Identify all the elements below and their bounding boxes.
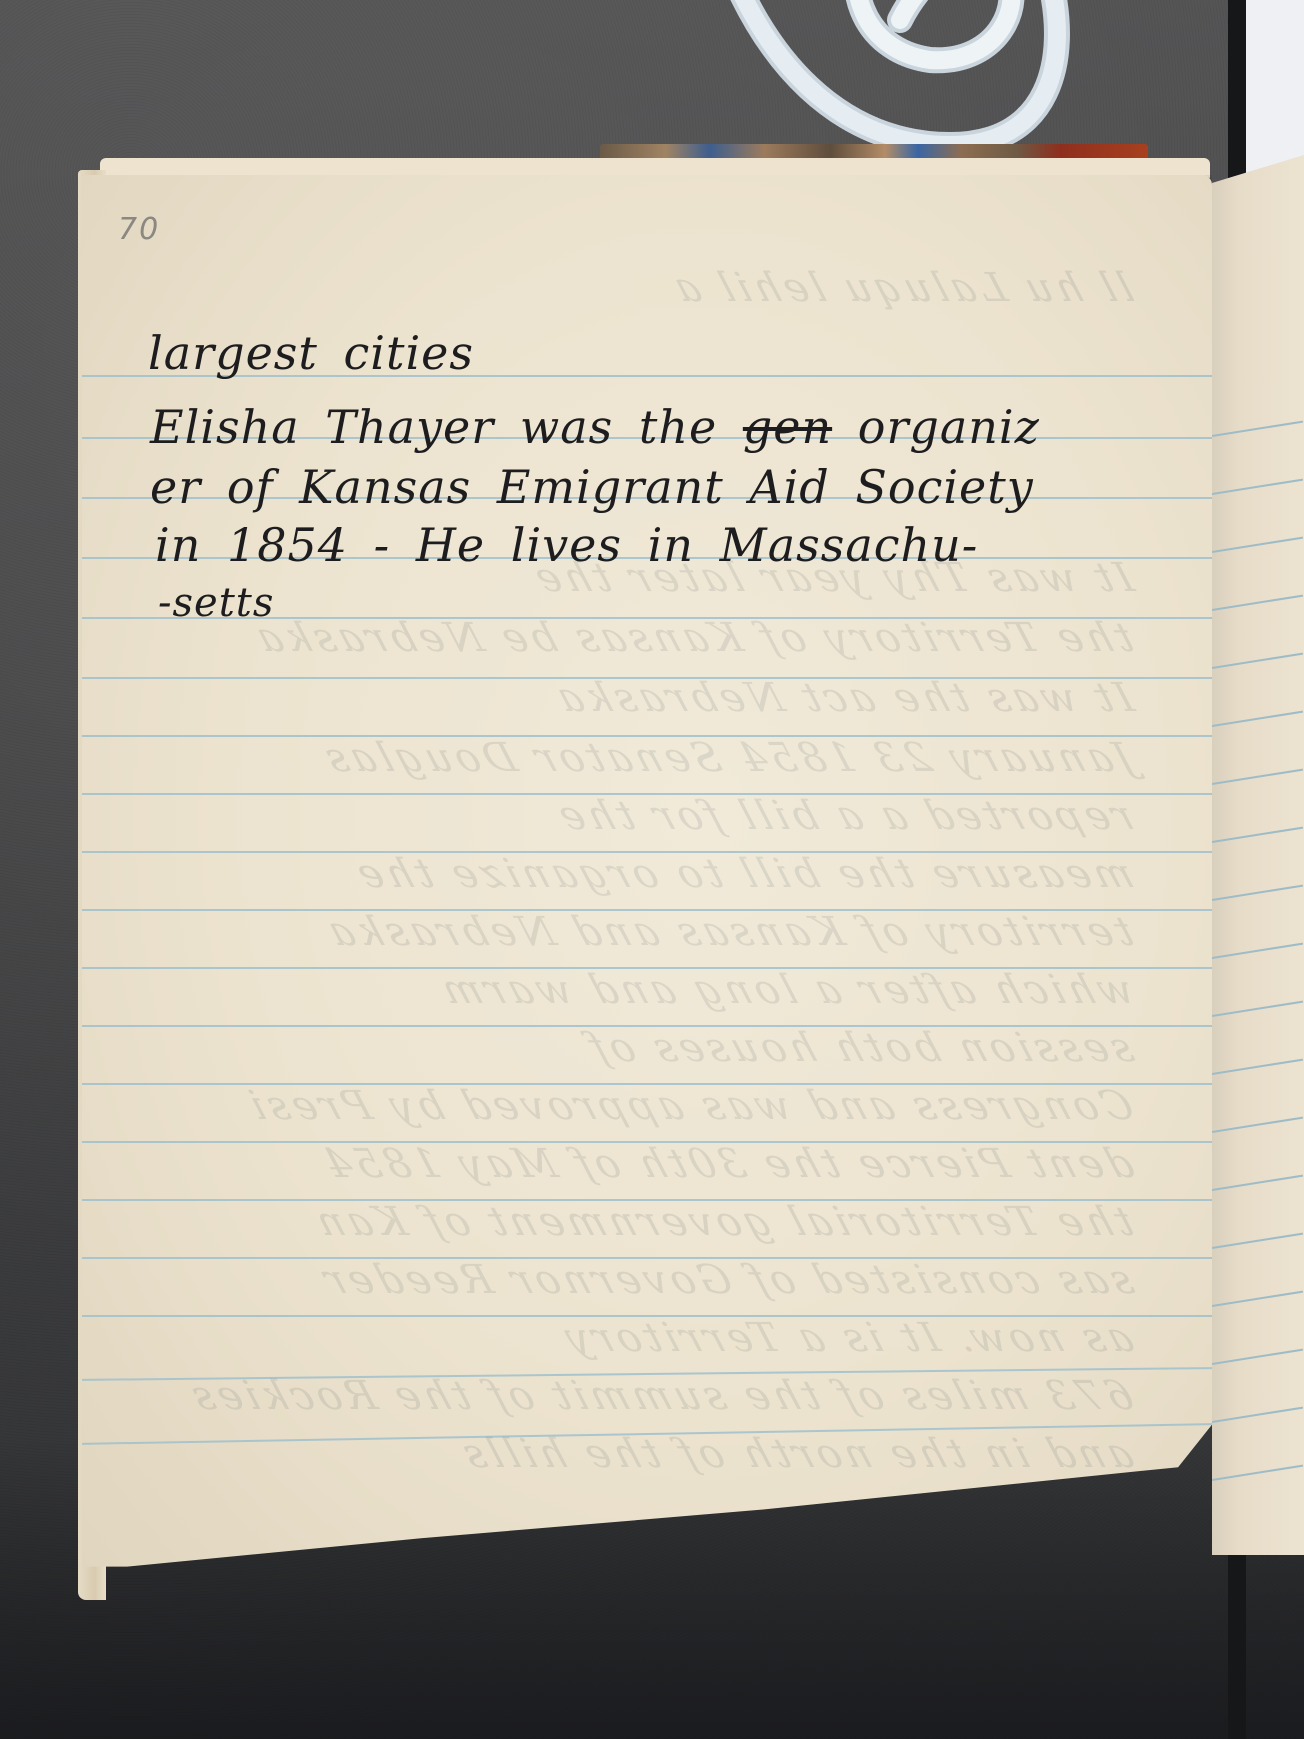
line-text: Elisha Thayer was the [150, 400, 743, 454]
struck-word: gen [743, 400, 832, 454]
bleed-through-text: reported a a bill for the [135, 793, 1140, 839]
bleed-through-text: ll hu Laluqu lehil a [135, 265, 1140, 311]
page-number: 70 [118, 212, 160, 247]
ruled-line [1212, 1117, 1303, 1133]
white-cord [720, 0, 1100, 160]
bleed-through-text: 673 miles of the summit of the Rockies [135, 1373, 1140, 1419]
bleed-through-text: January 23 1854 Senator Douglas [135, 735, 1140, 781]
ruled-line [1212, 421, 1303, 437]
bleed-through-text: dent Pierce the 30th of May 1854 [135, 1141, 1140, 1187]
handwritten-line-3: er of Kansas Emigrant Aid Society [150, 460, 1034, 514]
handwritten-line-1: largest cities [148, 326, 474, 380]
ruled-line [1212, 769, 1303, 785]
handwritten-line-2: Elisha Thayer was the gen organiz [150, 400, 1040, 454]
bleed-through-text: the Territorial government of Kan [135, 1199, 1140, 1245]
white-card [1246, 0, 1304, 180]
ruled-line [1212, 595, 1303, 611]
bleed-through-text: Congress and was approved by Presi [135, 1083, 1140, 1129]
bleed-through-text: It was the act Nebraska [135, 675, 1140, 721]
ruled-line [1212, 885, 1303, 901]
bleed-through-text: and in the north of the hills [135, 1431, 1140, 1477]
handwritten-line-4: in 1854 - He lives in Massachu- [155, 518, 978, 572]
ruled-line [1212, 711, 1303, 727]
line-text: organiz [832, 400, 1040, 454]
ruled-line [1212, 1001, 1303, 1017]
ruled-line [1212, 943, 1303, 959]
bleed-through-text: the Territory of Kansas be Nebraska [135, 615, 1140, 661]
bleed-through-text: territory of Kansas and Nebraska [135, 909, 1140, 955]
ruled-line [1212, 1349, 1303, 1365]
ruled-line [1212, 1407, 1303, 1423]
ruled-line [1212, 1465, 1303, 1481]
ruled-line [1212, 827, 1303, 843]
bleed-through-text: session both houses of [135, 1025, 1140, 1071]
handwritten-line-5: -setts [158, 580, 274, 626]
ruled-line [1212, 1291, 1303, 1307]
ruled-line [1212, 537, 1303, 553]
bleed-through-text: measure the bill to organize the [135, 851, 1140, 897]
bleed-through-text: sas consisted of Governor Reeder [135, 1257, 1140, 1303]
ruled-line [1212, 1175, 1303, 1191]
bleed-through-text: as now. It is a Territory [135, 1315, 1140, 1361]
bleed-through-text: which after a long and warm [135, 967, 1140, 1013]
notebook-page: ll hu Laluqu lehil a It was Thy year lat… [82, 175, 1212, 1595]
facing-page [1212, 155, 1304, 1555]
ruled-line [1212, 479, 1303, 495]
ruled-line [1212, 1059, 1303, 1075]
ruled-line [1212, 1233, 1303, 1249]
ruled-line [1212, 653, 1303, 669]
